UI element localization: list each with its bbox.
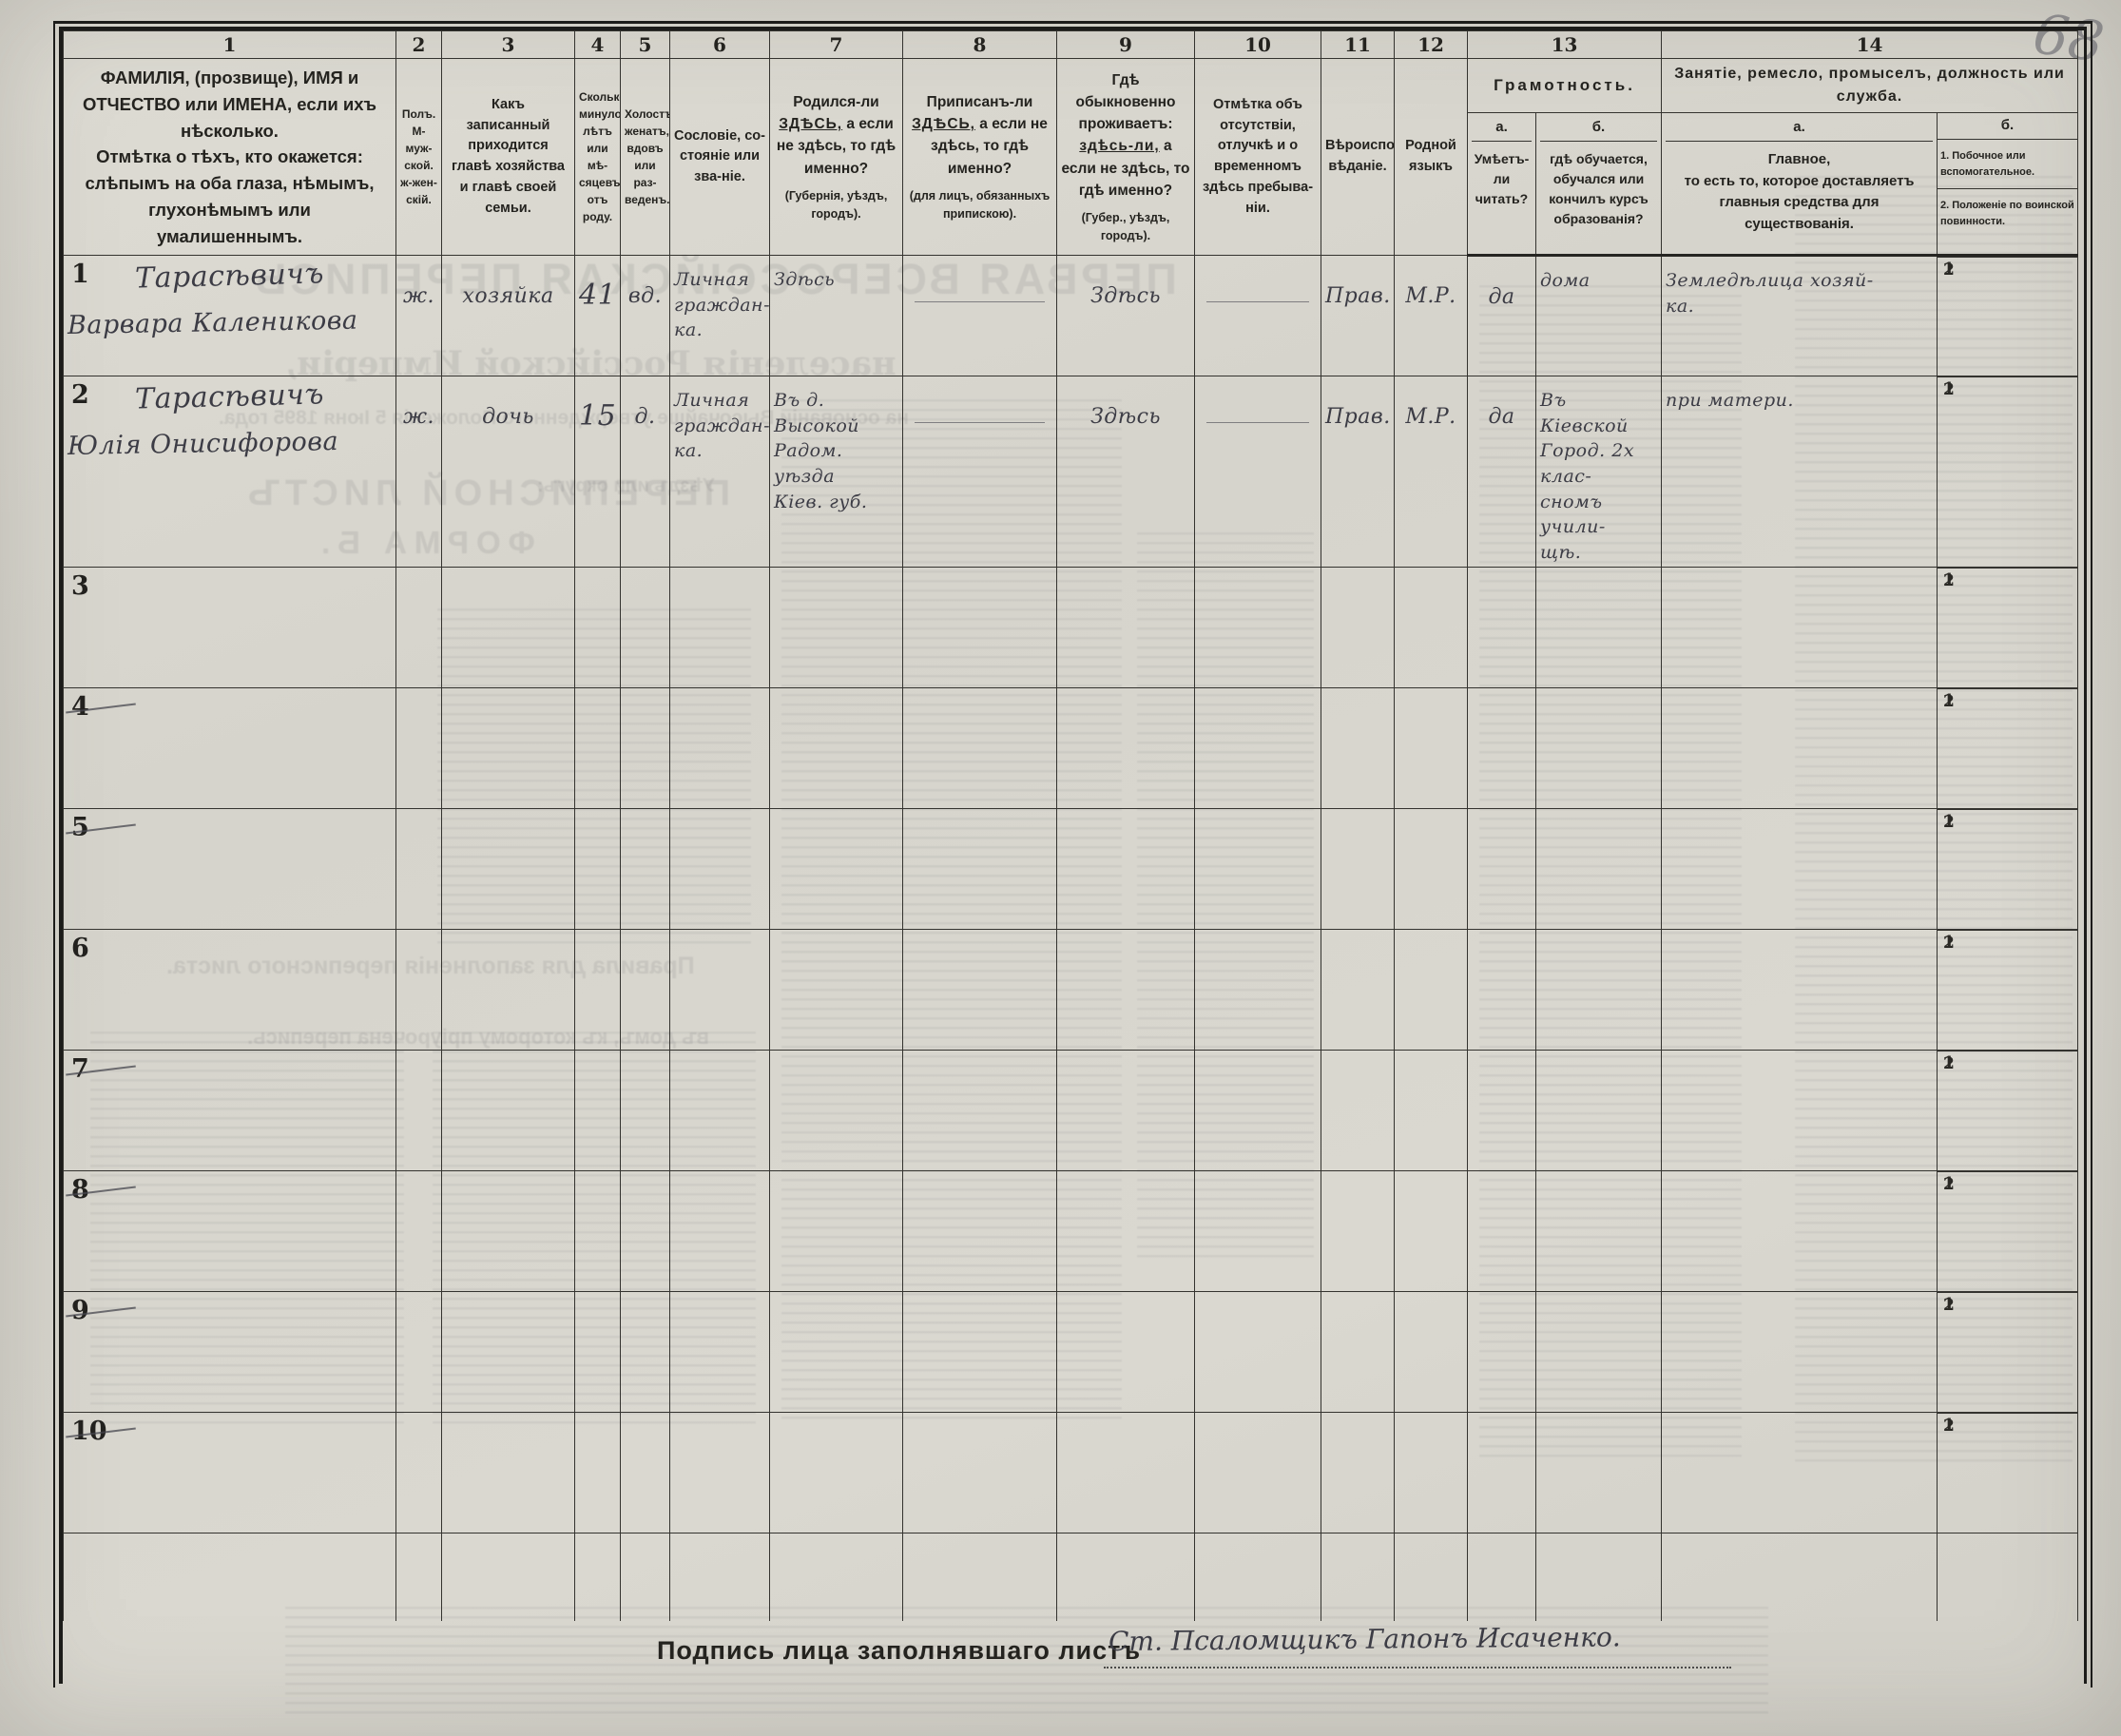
handwritten-entry: М.Р. <box>1398 282 1463 311</box>
col-header-marital: Холостъ, женатъ, вдовъ или раз-веденъ. <box>621 59 670 256</box>
cell-sex <box>396 1413 442 1533</box>
cell-name: 3 <box>64 568 396 688</box>
cell-sex <box>396 1051 442 1171</box>
cell-resides <box>1057 1413 1195 1533</box>
cell-age <box>575 1413 621 1533</box>
table-row: 1012 <box>64 1413 2078 1533</box>
cell-language <box>1395 809 1468 930</box>
side-subcell: 1 <box>1938 376 2077 377</box>
cell-born <box>770 930 903 1051</box>
cell-note <box>1195 1413 1321 1533</box>
cell-school <box>1536 809 1662 930</box>
cell-language <box>1395 688 1468 809</box>
cell-age <box>575 1292 621 1413</box>
cell-name: 5 <box>64 809 396 930</box>
cell-age: 15 <box>575 376 621 568</box>
cell-occupation-side: 12 <box>1938 568 2078 688</box>
cell-age <box>575 1171 621 1292</box>
cell-school: Въ Кіевской Город. 2х клас- сномъ учили-… <box>1536 376 1662 568</box>
cell-note <box>1195 256 1321 376</box>
cell-marital <box>621 688 670 809</box>
cell-occupation <box>1662 809 1938 930</box>
cell-relation <box>442 930 575 1051</box>
cell-reads <box>1468 688 1536 809</box>
cell-note <box>1195 809 1321 930</box>
cell-marital: д. <box>621 376 670 568</box>
cell-religion: Прав. <box>1321 256 1395 376</box>
row-number: 9 <box>71 1296 89 1325</box>
cell-name: 10 <box>64 1413 396 1533</box>
handwritten-entry: д. <box>625 403 665 432</box>
cell-age <box>575 1051 621 1171</box>
cell-religion: Прав. <box>1321 376 1395 568</box>
cell-estate <box>670 1292 770 1413</box>
handwritten-entry: ж. <box>400 403 437 432</box>
row-number: 3 <box>71 571 89 601</box>
col-header-language: Родной языкъ <box>1395 59 1468 256</box>
cell-school <box>1536 568 1662 688</box>
col-header-relation: Какъ записанный приходится главѣ хозяйст… <box>442 59 575 256</box>
col-header-occupation-group: Занятіе, ремесло, промыселъ, должность и… <box>1662 59 2078 113</box>
continuation-cell <box>1195 1533 1321 1622</box>
cell-language <box>1395 1051 1468 1171</box>
handwritten-entry: хозяйка <box>446 282 570 311</box>
col-header-sex: Полъ. М-муж-ской. ж-жен-скій. <box>396 59 442 256</box>
handwritten-entry: дома <box>1540 268 1657 294</box>
side-subcell-number: 2 <box>1943 1054 1955 1073</box>
cell-relation <box>442 1413 575 1533</box>
cell-estate <box>670 688 770 809</box>
side-subcell: 1 <box>1938 809 2077 810</box>
cell-born <box>770 688 903 809</box>
continuation-cell <box>670 1533 770 1622</box>
cell-language: М.Р. <box>1395 256 1468 376</box>
cell-reads <box>1468 1171 1536 1292</box>
cell-resides: Здѣсь <box>1057 376 1195 568</box>
continuation-cell <box>1662 1533 1938 1622</box>
cell-note <box>1195 568 1321 688</box>
cell-occupation-side: 12 <box>1938 376 2078 568</box>
pen-dash <box>1206 422 1309 423</box>
cell-marital: вд. <box>621 256 670 376</box>
cell-reads <box>1468 1413 1536 1533</box>
cell-relation <box>442 809 575 930</box>
handwritten-entry: Личная граждан- ка. <box>674 388 765 464</box>
table-row: 912 <box>64 1292 2078 1413</box>
col-number: 1 <box>64 31 396 59</box>
scanned-census-page: ПЕРВАЯ ВСЕРОССІЙСКАЯ ПЕРЕПИСЬ населенія … <box>0 0 2121 1736</box>
cell-estate <box>670 568 770 688</box>
cell-occupation <box>1662 1051 1938 1171</box>
cell-sex <box>396 568 442 688</box>
col-header-occupation-side: б. 1. Побочное или вспомогательное. 2. П… <box>1938 112 2078 255</box>
cell-reads <box>1468 1051 1536 1171</box>
col-header-estate: Сословіе, со-стояніе или зва-ніе. <box>670 59 770 256</box>
pen-strike <box>66 704 136 714</box>
cell-resides <box>1057 568 1195 688</box>
continuation-cell <box>64 1533 396 1622</box>
col-number: 10 <box>1195 31 1321 59</box>
cell-school <box>1536 930 1662 1051</box>
col-number: 11 <box>1321 31 1395 59</box>
cell-name: 4 <box>64 688 396 809</box>
cell-reads <box>1468 809 1536 930</box>
cell-marital <box>621 1292 670 1413</box>
continuation-cell <box>1321 1533 1395 1622</box>
row-number: 5 <box>71 813 89 842</box>
side-subcell-number: 2 <box>1943 934 1955 953</box>
continuation-cell <box>575 1533 621 1622</box>
cell-born <box>770 809 903 930</box>
cell-language <box>1395 1292 1468 1413</box>
continuation-cell <box>770 1533 903 1622</box>
cell-language <box>1395 1171 1468 1292</box>
side-subcell-number: 2 <box>1943 571 1955 590</box>
row-number: 4 <box>71 692 89 722</box>
cell-estate <box>670 1051 770 1171</box>
cell-occupation <box>1662 568 1938 688</box>
cell-occupation-side: 12 <box>1938 1051 2078 1171</box>
pen-dash <box>1206 301 1309 302</box>
cell-marital <box>621 568 670 688</box>
cell-registered <box>903 809 1057 930</box>
cell-resides <box>1057 930 1195 1051</box>
col-header-absence: Отмѣтка объ отсутствіи, отлучкѣ и о врем… <box>1195 59 1321 256</box>
cell-marital <box>621 809 670 930</box>
cell-marital <box>621 1051 670 1171</box>
cell-note <box>1195 376 1321 568</box>
continuation-cell <box>1536 1533 1662 1622</box>
cell-registered <box>903 568 1057 688</box>
cell-occupation-side: 12 <box>1938 1292 2078 1413</box>
cell-born: Здѣсь <box>770 256 903 376</box>
continuation-row <box>64 1533 2078 1622</box>
col-number: 13 <box>1468 31 1662 59</box>
table-row: 512 <box>64 809 2078 930</box>
cell-reads <box>1468 930 1536 1051</box>
cell-reads <box>1468 568 1536 688</box>
cell-reads: да <box>1468 256 1536 376</box>
cell-language <box>1395 930 1468 1051</box>
cell-name: 2ТарасѣвичъЮлія Онисифорова <box>64 376 396 568</box>
handwritten-entry: Земледѣлица хозяй- ка. <box>1666 268 1933 318</box>
pen-dash <box>915 422 1045 423</box>
side-subcell-number: 2 <box>1943 1296 1955 1315</box>
side-subcell: 1 <box>1938 1171 2077 1172</box>
census-table: 1 2 3 4 5 6 7 8 9 10 11 12 13 14 ФАМИЛІЯ… <box>63 30 2078 1621</box>
handwritten-entry: Здѣсь <box>1061 403 1190 432</box>
cell-occupation: Земледѣлица хозяй- ка. <box>1662 256 1938 376</box>
cell-resides <box>1057 688 1195 809</box>
handwritten-entry: Здѣсь <box>774 267 898 293</box>
cell-language <box>1395 1413 1468 1533</box>
cell-occupation-side: 12 <box>1938 1413 2078 1533</box>
cell-estate <box>670 930 770 1051</box>
handwritten-entry: Прав. <box>1325 403 1390 432</box>
signature-row: Подпись лица заполнявшаго листъ Ст. Псал… <box>63 1623 2084 1684</box>
table-row: 312 <box>64 568 2078 688</box>
col-header-reads: а. Умѣетъ-ли читать? <box>1468 112 1536 255</box>
table-row: 1ТарасѣвичъВарвара Калениковаж.хозяйка41… <box>64 256 2078 376</box>
cell-relation <box>442 1292 575 1413</box>
cell-school <box>1536 1292 1662 1413</box>
cell-name: 8 <box>64 1171 396 1292</box>
cell-religion <box>1321 1051 1395 1171</box>
signature-handwriting: Ст. Псаломщикъ Гапонъ Исаченко. <box>1109 1620 1774 1657</box>
handwritten-entry: Въ Кіевской Город. 2х клас- сномъ учили-… <box>1540 388 1657 565</box>
side-subcell-number: 2 <box>1943 260 1955 280</box>
col-header-age: Сколько минуло лѣтъ или мѣ-сяцевъ отъ ро… <box>575 59 621 256</box>
cell-registered <box>903 1171 1057 1292</box>
cell-religion <box>1321 809 1395 930</box>
col-number: 4 <box>575 31 621 59</box>
cell-registered <box>903 688 1057 809</box>
cell-occupation-side: 12 <box>1938 809 2078 930</box>
cell-religion <box>1321 688 1395 809</box>
cell-relation <box>442 1051 575 1171</box>
col-number: 12 <box>1395 31 1468 59</box>
col-number: 3 <box>442 31 575 59</box>
cell-occupation-side: 12 <box>1938 1171 2078 1292</box>
handwritten-entry: Въ д. Высокой Радом. уѣзда Кіев. губ. <box>774 388 898 514</box>
handwritten-entry: да <box>1472 283 1532 312</box>
cell-note <box>1195 930 1321 1051</box>
cell-age <box>575 568 621 688</box>
cell-age <box>575 809 621 930</box>
cell-reads: да <box>1468 376 1536 568</box>
cell-occupation-side: 12 <box>1938 256 2078 376</box>
signature-label: Подпись лица заполнявшаго листъ <box>657 1636 1141 1666</box>
cell-registered <box>903 930 1057 1051</box>
cell-religion <box>1321 1171 1395 1292</box>
side-subcell: 1 <box>1938 930 2077 931</box>
cell-name: 9 <box>64 1292 396 1413</box>
cell-marital <box>621 930 670 1051</box>
cell-age <box>575 930 621 1051</box>
cell-name: 1ТарасѣвичъВарвара Каленикова <box>64 256 396 376</box>
cell-religion <box>1321 1292 1395 1413</box>
cell-occupation-side: 12 <box>1938 688 2078 809</box>
continuation-cell <box>1938 1533 2078 1622</box>
side-subcell-number: 2 <box>1943 813 1955 832</box>
side-subcell: 1 <box>1938 688 2077 689</box>
cell-religion <box>1321 1413 1395 1533</box>
table-row: 712 <box>64 1051 2078 1171</box>
col-header-resides: Гдѣ обыкновенно проживаетъ: здѣсь-ли, а … <box>1057 59 1195 256</box>
cell-relation <box>442 688 575 809</box>
col-header-literacy-group: Грамотность. <box>1468 59 1662 113</box>
handwritten-entry: М.Р. <box>1398 403 1463 432</box>
cell-reads <box>1468 1292 1536 1413</box>
cell-school <box>1536 1171 1662 1292</box>
cell-school <box>1536 1413 1662 1533</box>
cell-registered <box>903 1292 1057 1413</box>
cell-sex <box>396 1292 442 1413</box>
cell-name: 7 <box>64 1051 396 1171</box>
col-number: 7 <box>770 31 903 59</box>
cell-note <box>1195 1292 1321 1413</box>
side-subcell: 1 <box>1938 257 2077 258</box>
handwritten-entry: Юлія Онисифорова <box>67 426 392 461</box>
cell-age <box>575 688 621 809</box>
col-number: 8 <box>903 31 1057 59</box>
col-header-registered: Приписанъ-ли ЗДѢСЬ, а если не здѣсь, то … <box>903 59 1057 256</box>
cell-registered <box>903 376 1057 568</box>
cell-resides <box>1057 809 1195 930</box>
handwritten-entry: 41 <box>579 279 616 312</box>
cell-occupation <box>1662 930 1938 1051</box>
row-number: 7 <box>71 1054 89 1084</box>
handwritten-entry: вд. <box>625 282 665 311</box>
row-number: 8 <box>71 1175 89 1205</box>
row-number: 10 <box>71 1417 107 1446</box>
cell-born <box>770 1292 903 1413</box>
pen-dash <box>915 301 1045 302</box>
side-subcell-number: 2 <box>1943 1417 1955 1436</box>
col-number: 6 <box>670 31 770 59</box>
cell-marital <box>621 1413 670 1533</box>
col-header-name: ФАМИЛІЯ, (прозвище), ИМЯ и ОТЧЕСТВО или … <box>64 59 396 256</box>
cell-age: 41 <box>575 256 621 376</box>
pen-strike <box>66 1186 136 1197</box>
cell-school <box>1536 688 1662 809</box>
cell-sex <box>396 688 442 809</box>
cell-estate: Личная граждан- ка. <box>670 376 770 568</box>
col-header-school: б. гдѣ обучается, обучался или кончилъ к… <box>1536 112 1662 255</box>
cell-registered <box>903 256 1057 376</box>
side-subcell: 1 <box>1938 1413 2077 1414</box>
cell-marital <box>621 1171 670 1292</box>
side-subcell-number: 2 <box>1943 692 1955 711</box>
cell-born <box>770 1051 903 1171</box>
handwritten-entry: Личная граждан- ка. <box>674 267 765 343</box>
cell-relation: дочь <box>442 376 575 568</box>
col-header-born: Родился-ли ЗДѢСЬ, а если не здѣсь, то гд… <box>770 59 903 256</box>
cell-resides: Здѣсь <box>1057 256 1195 376</box>
cell-sex: ж. <box>396 256 442 376</box>
pen-strike <box>66 824 136 835</box>
signature-line <box>1104 1667 1731 1668</box>
cell-note <box>1195 1171 1321 1292</box>
table-row: 612 <box>64 930 2078 1051</box>
handwritten-entry: Тарасѣвичъ <box>67 256 393 298</box>
continuation-cell <box>903 1533 1057 1622</box>
cell-school <box>1536 1051 1662 1171</box>
cell-estate <box>670 1171 770 1292</box>
handwritten-entry: ж. <box>400 282 437 311</box>
cell-occupation <box>1662 688 1938 809</box>
cell-occupation <box>1662 1292 1938 1413</box>
cell-name: 6 <box>64 930 396 1051</box>
continuation-cell <box>396 1533 442 1622</box>
cell-born <box>770 1171 903 1292</box>
col-number: 2 <box>396 31 442 59</box>
continuation-cell <box>442 1533 575 1622</box>
col-header-occupation-main: а. Главное, то есть то, которое доставля… <box>1662 112 1938 255</box>
cell-language <box>1395 568 1468 688</box>
continuation-cell <box>1395 1533 1468 1622</box>
cell-born: Въ д. Высокой Радом. уѣзда Кіев. губ. <box>770 376 903 568</box>
row-number: 6 <box>71 934 89 963</box>
cell-resides <box>1057 1171 1195 1292</box>
side-subcell: 1 <box>1938 568 2077 569</box>
col-number: 14 <box>1662 31 2078 59</box>
cell-resides <box>1057 1292 1195 1413</box>
cell-relation <box>442 1171 575 1292</box>
handwritten-entry: Варвара Каленикова <box>67 305 392 340</box>
cell-estate <box>670 1413 770 1533</box>
handwritten-entry: Тарасѣвичъ <box>67 376 393 418</box>
cell-estate: Личная граждан- ка. <box>670 256 770 376</box>
pen-strike <box>66 1307 136 1318</box>
table-header: 1 2 3 4 5 6 7 8 9 10 11 12 13 14 ФАМИЛІЯ… <box>64 31 2078 256</box>
cell-occupation-side: 12 <box>1938 930 2078 1051</box>
cell-school: дома <box>1536 256 1662 376</box>
cell-note <box>1195 688 1321 809</box>
table-row: 412 <box>64 688 2078 809</box>
side-subcell: 1 <box>1938 1051 2077 1051</box>
continuation-cell <box>1057 1533 1195 1622</box>
pen-strike <box>66 1428 136 1438</box>
side-subcell-number: 2 <box>1943 1175 1955 1194</box>
pen-strike <box>66 1066 136 1076</box>
handwritten-entry: при матери. <box>1666 388 1933 414</box>
cell-born <box>770 1413 903 1533</box>
table-row: 2ТарасѣвичъЮлія Онисифороваж.дочь15д.Лич… <box>64 376 2078 568</box>
cell-sex <box>396 809 442 930</box>
col-number: 9 <box>1057 31 1195 59</box>
cell-relation <box>442 568 575 688</box>
cell-resides <box>1057 1051 1195 1171</box>
cell-registered <box>903 1413 1057 1533</box>
cell-note <box>1195 1051 1321 1171</box>
handwritten-entry: Здѣсь <box>1061 282 1190 311</box>
handwritten-entry: Прав. <box>1325 282 1390 311</box>
handwritten-entry: дочь <box>446 403 570 432</box>
cell-occupation <box>1662 1413 1938 1533</box>
cell-language: М.Р. <box>1395 376 1468 568</box>
side-subcell: 1 <box>1938 1292 2077 1293</box>
handwritten-entry: 15 <box>579 399 616 433</box>
cell-occupation: при матери. <box>1662 376 1938 568</box>
col-number: 5 <box>621 31 670 59</box>
cell-estate <box>670 809 770 930</box>
cell-relation: хозяйка <box>442 256 575 376</box>
handwritten-entry: да <box>1472 403 1532 432</box>
cell-born <box>770 568 903 688</box>
cell-sex: ж. <box>396 376 442 568</box>
continuation-cell <box>1468 1533 1536 1622</box>
side-subcell-number: 2 <box>1943 380 1955 399</box>
cell-registered <box>903 1051 1057 1171</box>
col-header-religion: Вѣроиспо-вѣданіе. <box>1321 59 1395 256</box>
cell-sex <box>396 930 442 1051</box>
cell-occupation <box>1662 1171 1938 1292</box>
cell-sex <box>396 1171 442 1292</box>
census-sheet: 1 2 3 4 5 6 7 8 9 10 11 12 13 14 ФАМИЛІЯ… <box>59 27 2087 1684</box>
cell-religion <box>1321 568 1395 688</box>
cell-religion <box>1321 930 1395 1051</box>
table-row: 812 <box>64 1171 2078 1292</box>
continuation-cell <box>621 1533 670 1622</box>
